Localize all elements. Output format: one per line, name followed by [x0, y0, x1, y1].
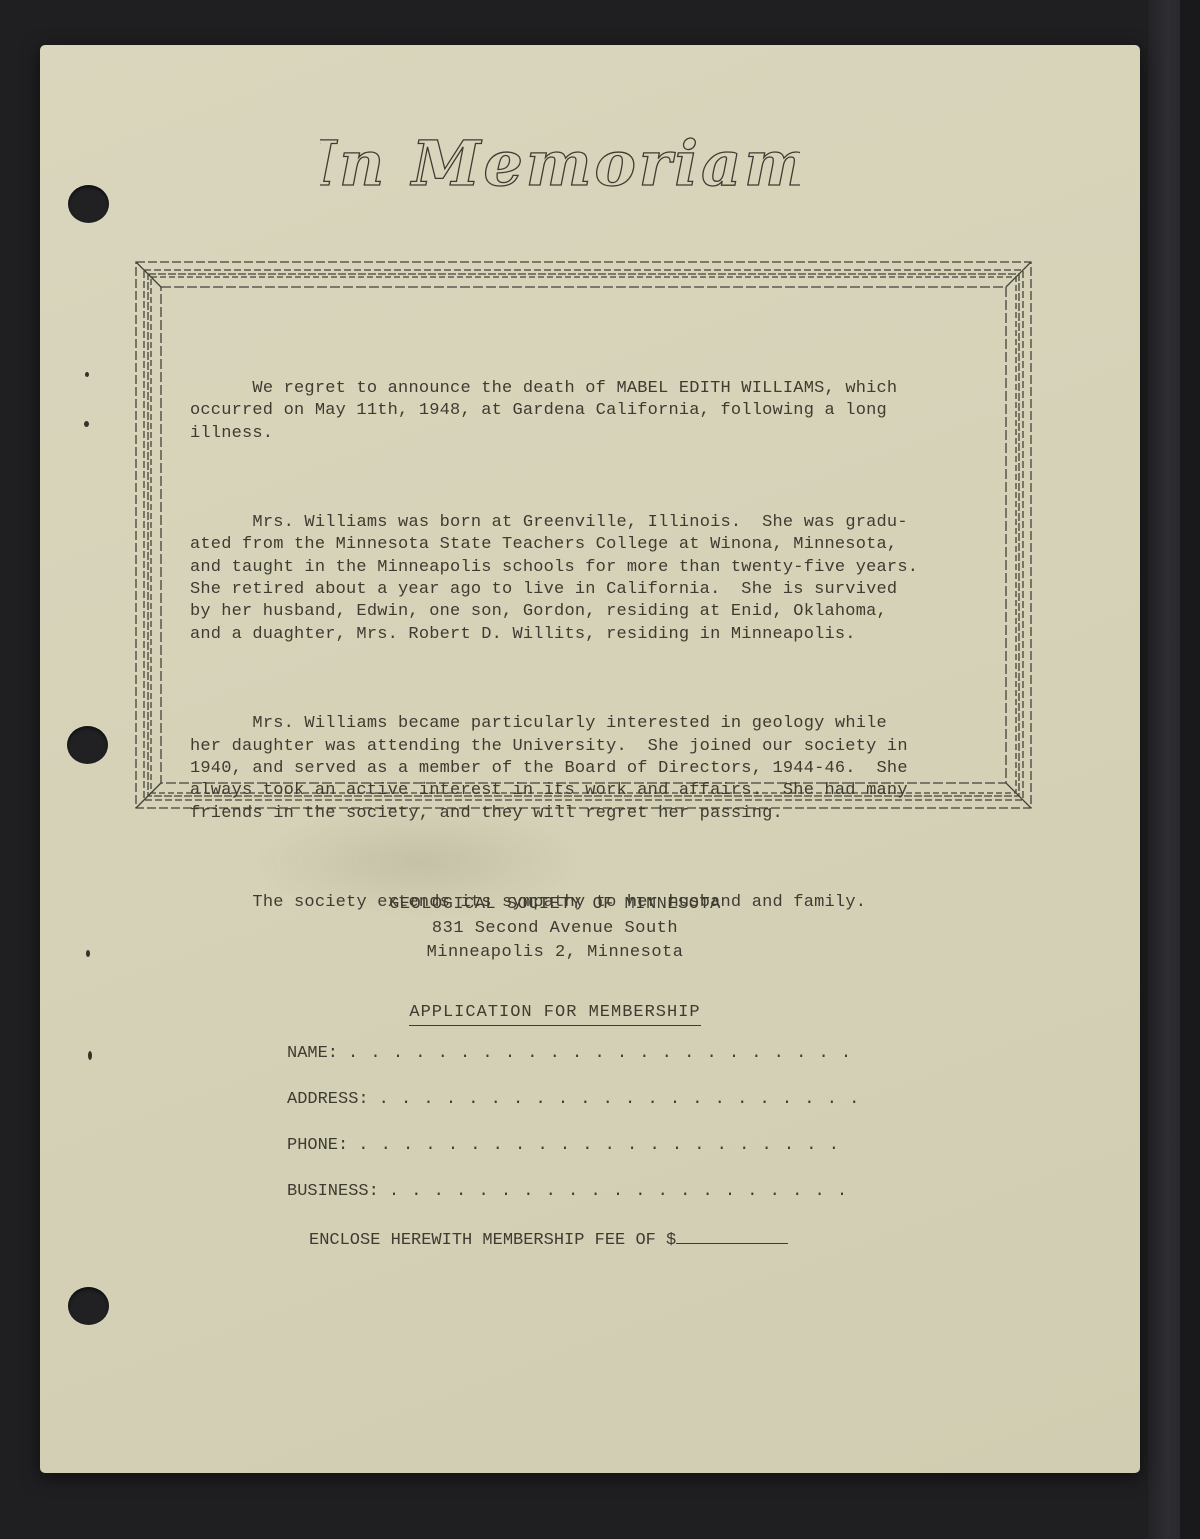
- form-row-business: BUSINESS:. . . . . . . . . . . . . . . .…: [287, 1183, 907, 1200]
- scan-book-edge: [1148, 0, 1180, 1539]
- address-dot-leader: . . . . . . . . . . . . . . . . . . . . …: [379, 1090, 861, 1109]
- address-field-label: ADDRESS:: [287, 1090, 369, 1109]
- membership-application-form: NAME:. . . . . . . . . . . . . . . . . .…: [287, 1045, 907, 1249]
- society-name: GEOLOGICAL SOCIETY OF MINNESOTA: [40, 893, 1070, 917]
- fee-row: ENCLOSE HEREWITH MEMBERSHIP FEE OF $: [309, 1229, 907, 1249]
- fee-text: ENCLOSE HEREWITH MEMBERSHIP FEE OF $: [309, 1231, 676, 1250]
- society-address-line2: Minneapolis 2, Minnesota: [40, 941, 1070, 965]
- name-field-label: NAME:: [287, 1044, 338, 1063]
- punch-hole-middle: [67, 726, 108, 764]
- society-address-line1: 831 Second Avenue South: [40, 917, 1070, 941]
- page-title-text: In Memoriam: [320, 127, 800, 200]
- application-heading: APPLICATION FOR MEMBERSHIP: [409, 1003, 700, 1026]
- memorial-paragraph: Mrs. Williams was born at Greenville, Il…: [190, 512, 970, 646]
- ink-speck: [84, 421, 89, 427]
- form-row-name: NAME:. . . . . . . . . . . . . . . . . .…: [287, 1045, 907, 1062]
- in-memoriam-title-lettering: In Memoriam: [320, 117, 800, 213]
- phone-dot-leader: . . . . . . . . . . . . . . . . . . . . …: [358, 1136, 840, 1155]
- society-address-block: GEOLOGICAL SOCIETY OF MINNESOTA 831 Seco…: [40, 893, 1070, 965]
- form-row-address: ADDRESS:. . . . . . . . . . . . . . . . …: [287, 1091, 907, 1108]
- page-title: In Memoriam: [40, 117, 1080, 218]
- punch-hole-bottom: [68, 1287, 109, 1325]
- business-dot-leader: . . . . . . . . . . . . . . . . . . . . …: [389, 1182, 848, 1201]
- phone-field-label: PHONE:: [287, 1136, 348, 1155]
- memorial-paragraph: We regret to announce the death of MABEL…: [190, 378, 970, 445]
- application-heading-wrap: APPLICATION FOR MEMBERSHIP: [40, 1003, 1070, 1026]
- business-field-label: BUSINESS:: [287, 1182, 379, 1201]
- form-row-phone: PHONE:. . . . . . . . . . . . . . . . . …: [287, 1137, 907, 1154]
- scanned-page: In Memoriam We regret to announce the de…: [40, 45, 1140, 1473]
- ink-speck: [88, 1051, 92, 1060]
- name-dot-leader: . . . . . . . . . . . . . . . . . . . . …: [348, 1044, 852, 1063]
- scan-background-edge: [1180, 0, 1200, 1539]
- fee-amount-blank: [676, 1229, 788, 1244]
- ink-speck: [85, 372, 89, 377]
